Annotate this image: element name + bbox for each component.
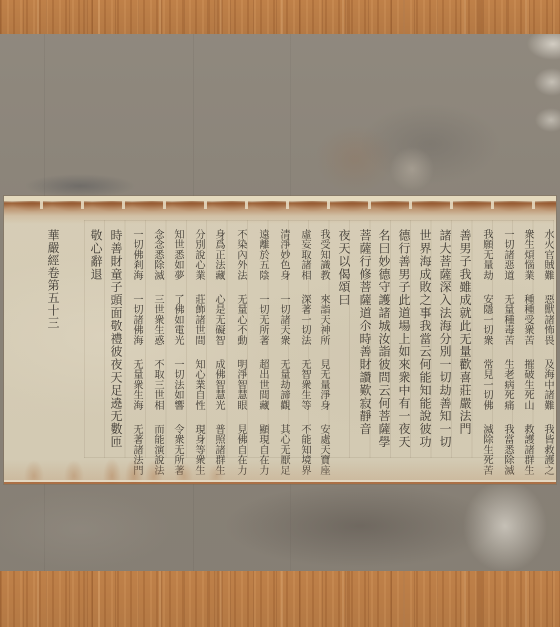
text-column-15: 遠離於五陰 一切无所著 超出世間藏 顯現自在力	[255, 229, 269, 475]
bottom-water-stain	[4, 454, 556, 484]
fascicle-title: 華嚴經卷第五十三	[46, 229, 60, 329]
sutra-manuscript: 水火官賊難 惡獸諸怖畏 及海中諸難 我皆救護之 衆生煩惱業 種種受衆苦 摧破生死…	[4, 196, 556, 484]
text-column-3: 一切諸惡道 无量種毒苦 生老病死痛 我當悉除滅	[500, 229, 514, 475]
text-column-18: 分別說心業 莊飾諸世間 知心業自性 現身等衆生	[191, 229, 205, 475]
text-column-2: 衆生煩惱業 種種受衆苦 摧破生死山 救護諸群生	[520, 229, 534, 475]
text-column-17: 身爲正法藏 心是无礙智 成佛智慧光 普照諸群生	[211, 229, 225, 475]
text-column-22: 時善財童子頭面敬禮彼夜天足遶无數匝	[109, 229, 123, 448]
text-column-8: 德行善男子此道場上如來衆中有一夜天	[397, 229, 411, 448]
text-column-14: 清淨妙色身 一切諸天衆 无量劫諦觀 其心无厭足	[276, 229, 290, 475]
text-column-10: 菩薩行修菩薩道尒時善財讚歎寂靜音	[358, 229, 372, 435]
hanging-scroll: 水火官賊難 惡獸諸怖畏 及海中諸難 我皆救護之 衆生煩惱業 種種受衆苦 摧破生死…	[0, 0, 560, 627]
text-column-11: 夜天以偈頌曰	[337, 229, 351, 306]
text-column-6: 諸大菩薩深入法海分別一切劫善知一切	[438, 229, 452, 448]
text-column-4: 我願无量劫 安隱一切衆 常見一切佛 滅除生死苦	[479, 229, 493, 475]
text-column-5: 善男子我雖成就此无量歡喜莊嚴法門	[458, 229, 472, 435]
text-column-16: 不染內外法 无量心不動 明淨智慧眼 見佛自在力	[233, 229, 247, 475]
text-column-23: 敬心辭退	[89, 229, 103, 281]
text-column-13: 虛妄取諸相 深著一切法 无智衆生等 不能知境界	[297, 229, 311, 475]
text-column-9: 名曰妙德守護諸城汝詣彼問云何菩薩學	[377, 229, 391, 448]
bottom-wooden-roller	[0, 571, 560, 627]
text-column-1: 水火官賊難 惡獸諸怖畏 及海中諸難 我皆救護之	[540, 229, 554, 475]
text-column-21: 一切佛剎海 一切諸佛海 无量衆生海 无著諸法門	[129, 229, 143, 475]
text-column-7: 世界海成敗之事我當云何能知能說彼功	[418, 229, 432, 448]
top-wooden-roller	[0, 0, 560, 34]
text-column-20: 念念悉除滅 三世衆生惑 不取三世相 而能演說法	[150, 229, 164, 475]
text-column-19: 知世悉如夢 了佛如電光 一切法如響 令衆无所著	[170, 229, 184, 475]
text-column-12: 我受知識教 來詣天神所 見无量淨身 安處天寶座	[316, 229, 330, 475]
